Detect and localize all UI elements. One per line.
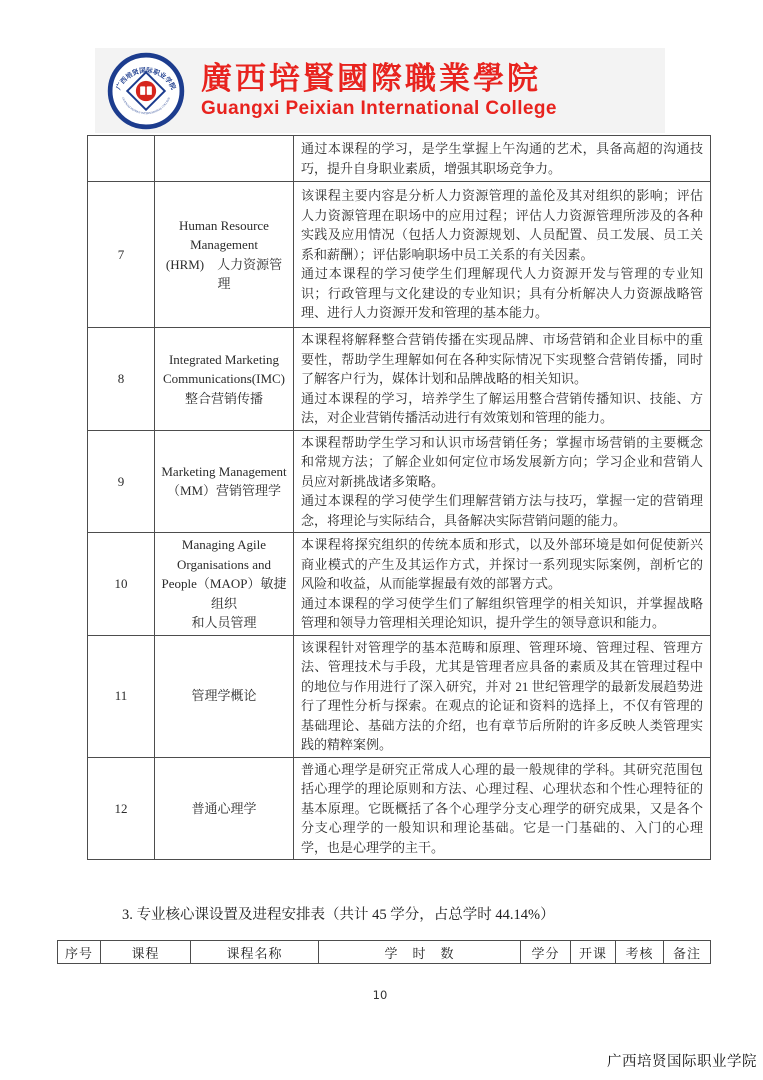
footer-college-name: 广西培贤国际职业学院 <box>607 1050 757 1071</box>
course-desc-cell: 本课程将解释整合营销传播在实现品牌、市场营销和企业目标中的重要性，帮助学生理解如… <box>294 328 711 431</box>
course-desc-paragraph: 普通心理学是研究正常成人心理的最一般规律的学科。其研究范围包括心理学的理论原则和… <box>301 760 703 858</box>
schedule-header-row: 序号 课程 课程名称 学 时 数 学分 开课 考核 备注 <box>58 941 711 964</box>
course-desc-paragraph: 通过本课程的学习使学生们了解组织管理学的相关知识，并掌握战略管理和领导力管理相关… <box>301 594 703 633</box>
college-header-banner: 广西培贤国际职业学院 GUANGXI PEIXIAN INTERNATIONAL… <box>95 48 665 133</box>
row-no-cell: 10 <box>88 533 155 636</box>
college-titles: 廣西培賢國際職業學院 Guangxi Peixian International… <box>201 61 557 120</box>
col-header-term: 开课 <box>571 941 616 964</box>
row-no-cell <box>88 136 155 182</box>
course-name-cell: Human Resource Management (HRM) 人力资源管理 <box>155 182 294 328</box>
course-desc-paragraph: 本课程将解释整合营销传播在实现品牌、市场营销和企业目标中的重要性，帮助学生理解如… <box>301 330 703 389</box>
course-name-cell: Integrated Marketing Communications(IMC)… <box>155 328 294 431</box>
course-desc-paragraph: 通过本课程的学习使学生们理解现代人力资源开发与管理的专业知识；行政管理与文化建设… <box>301 264 703 323</box>
page-number: 10 <box>366 988 394 1002</box>
course-desc-paragraph: 本课程帮助学生学习和认识市场营销任务；掌握市场营销的主要概念和常规方法；了解企业… <box>301 433 703 492</box>
row-no-cell: 7 <box>88 182 155 328</box>
row-no-cell: 12 <box>88 757 155 860</box>
course-desc-cell: 普通心理学是研究正常成人心理的最一般规律的学科。其研究范围包括心理学的理论原则和… <box>294 757 711 860</box>
course-desc-cell: 本课程将探究组织的传统本质和形式，以及外部环境是如何促使新兴商业模式的产生及其运… <box>294 533 711 636</box>
col-header-course: 课程 <box>101 941 191 964</box>
course-desc-paragraph: 通过本课程的学习使学生们理解营销方法与技巧，掌握一定的营销理念，将理论与实际结合… <box>301 491 703 530</box>
college-seal-logo: 广西培贤国际职业学院 GUANGXI PEIXIAN INTERNATIONAL… <box>107 52 185 130</box>
section-3-heading: 3. 专业核心课设置及进程安排表（共计 45 学分，占总学时 44.14%） <box>122 904 555 926</box>
row-no-cell: 11 <box>88 635 155 757</box>
course-desc-paragraph: 该课程主要内容是分析人力资源管理的盖伦及其对组织的影响；评估人力资源管理在职场中… <box>301 186 703 264</box>
course-desc-paragraph: 通过本课程的学习，是学生掌握上午沟通的艺术，具备高超的沟通技巧，提升自身职业素质… <box>301 139 703 178</box>
course-name-cell <box>155 136 294 182</box>
row-no-cell: 8 <box>88 328 155 431</box>
course-description-table: 通过本课程的学习，是学生掌握上午沟通的艺术，具备高超的沟通技巧，提升自身职业素质… <box>87 135 711 860</box>
course-desc-paragraph: 通过本课程的学习，培养学生了解运用整合营销传播知识、技能、方法，对企业营销传播活… <box>301 389 703 428</box>
col-header-course-name: 课程名称 <box>191 941 319 964</box>
seal-book-left-icon <box>140 86 145 95</box>
table-row-continuation: 通过本课程的学习，是学生掌握上午沟通的艺术，具备高超的沟通技巧，提升自身职业素质… <box>88 136 711 182</box>
col-header-hours: 学 时 数 <box>319 941 521 964</box>
col-header-no: 序号 <box>58 941 101 964</box>
college-name-zh: 廣西培賢國際職業學院 <box>201 61 557 97</box>
course-desc-cell: 本课程帮助学生学习和认识市场营销任务；掌握市场营销的主要概念和常规方法；了解企业… <box>294 430 711 533</box>
row-no-cell: 9 <box>88 430 155 533</box>
col-header-assessment: 考核 <box>616 941 664 964</box>
seal-book-right-icon <box>147 86 152 95</box>
course-desc-cell: 该课程主要内容是分析人力资源管理的盖伦及其对组织的影响；评估人力资源管理在职场中… <box>294 182 711 328</box>
course-desc-paragraph: 本课程将探究组织的传统本质和形式，以及外部环境是如何促使新兴商业模式的产生及其运… <box>301 535 703 594</box>
col-header-remarks: 备注 <box>664 941 711 964</box>
table-row-12: 12 普通心理学 普通心理学是研究正常成人心理的最一般规律的学科。其研究范围包括… <box>88 757 711 860</box>
course-name-cell: Managing Agile Organisations and People（… <box>155 533 294 636</box>
table-row-9: 9 Marketing Management （MM）营销管理学 本课程帮助学生… <box>88 430 711 533</box>
table-row-11: 11 管理学概论 该课程针对管理学的基本范畴和原理、管理环境、管理过程、管理方法… <box>88 635 711 757</box>
table-row-8: 8 Integrated Marketing Communications(IM… <box>88 328 711 431</box>
course-desc-paragraph: 该课程针对管理学的基本范畴和原理、管理环境、管理过程、管理方法、管理技术与手段，… <box>301 638 703 755</box>
col-header-credits: 学分 <box>521 941 571 964</box>
course-desc-cell: 该课程针对管理学的基本范畴和原理、管理环境、管理过程、管理方法、管理技术与手段，… <box>294 635 711 757</box>
core-course-schedule-table: 序号 课程 课程名称 学 时 数 学分 开课 考核 备注 <box>57 940 711 964</box>
course-name-cell: 管理学概论 <box>155 635 294 757</box>
college-name-en: Guangxi Peixian International College <box>201 98 557 120</box>
table-row-10: 10 Managing Agile Organisations and Peop… <box>88 533 711 636</box>
table-row-7: 7 Human Resource Management (HRM) 人力资源管理… <box>88 182 711 328</box>
course-name-cell: Marketing Management （MM）营销管理学 <box>155 430 294 533</box>
course-desc-cell: 通过本课程的学习，是学生掌握上午沟通的艺术，具备高超的沟通技巧，提升自身职业素质… <box>294 136 711 182</box>
course-name-cell: 普通心理学 <box>155 757 294 860</box>
